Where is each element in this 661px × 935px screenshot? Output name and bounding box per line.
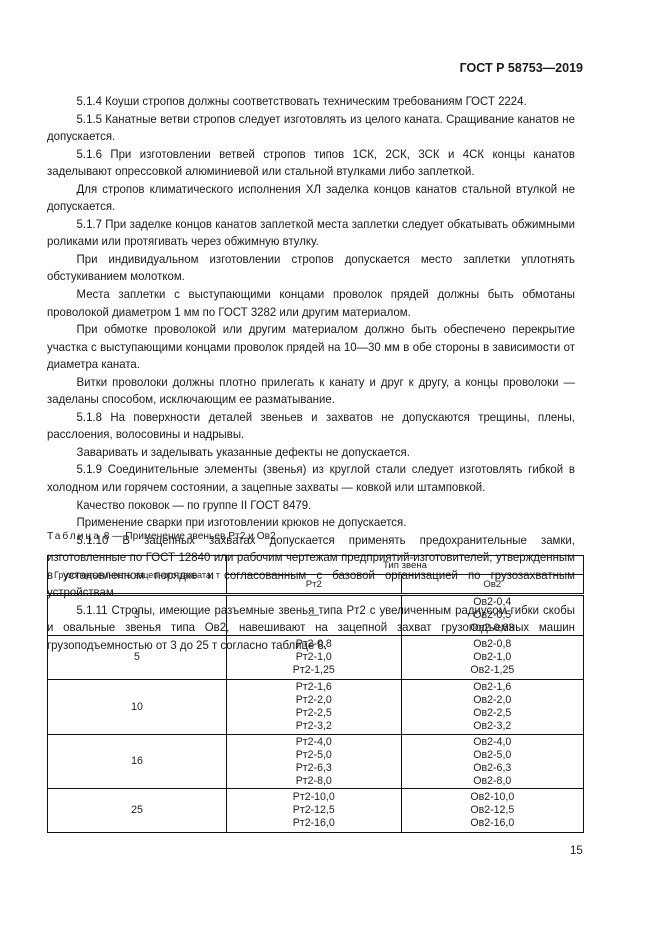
cell-capacity: 3	[48, 595, 227, 636]
link-designation: Рт2-4,0	[227, 736, 401, 749]
link-designation: Рт2-6,3	[227, 762, 401, 775]
header-rt2: Рт2	[227, 575, 402, 595]
paragraph: Для стропов климатического исполнения ХЛ…	[47, 181, 575, 216]
header-capacity: Грузоподъемность зацепного захвата, т	[48, 556, 227, 595]
paragraph: Места заплетки с выступающими концами пр…	[47, 286, 575, 321]
table-row: 25Рт2-10,0Рт2-12,5Рт2-16,0Ов2-10,0Ов2-12…	[48, 789, 584, 833]
cell-ov2: Ов2-4,0Ов2-5,0Ов2-6,3Ов2-8,0	[401, 735, 583, 789]
link-designation: —	[227, 609, 401, 622]
link-designation: Рт2-2,0	[227, 694, 401, 707]
cell-rt2: Рт2-10,0Рт2-12,5Рт2-16,0	[227, 789, 402, 833]
paragraph: 5.1.9 Соединительные элементы (звенья) и…	[47, 461, 575, 496]
link-designation: Рт2-1,25	[227, 664, 401, 677]
link-designation: Рт2-12,5	[227, 804, 401, 817]
paragraph: 5.1.8 На поверхности деталей звеньев и з…	[47, 409, 575, 444]
paragraph: Качество поковок — по группе II ГОСТ 847…	[47, 497, 575, 515]
link-designation: Ов2-3,2	[402, 720, 583, 733]
header-link-type: Тип звена	[227, 556, 584, 575]
table-row: 5Рт2-0,8Рт2-1,0Рт2-1,25Ов2-0,8Ов2-1,0Ов2…	[48, 636, 584, 680]
paragraph: Применение сварки при изготовлении крюко…	[47, 514, 575, 532]
cell-ov2: Ов2-0,4Ов2-0,5Ов2-0,63	[401, 595, 583, 636]
paragraph: Заваривать и заделывать указанные дефект…	[47, 444, 575, 462]
link-designation: Ов2-2,5	[402, 707, 583, 720]
cell-rt2: —	[227, 595, 402, 636]
table-8: Грузоподъемность зацепного захвата, т Ти…	[47, 555, 584, 833]
table-caption: Таблица 8 — Применение звеньев Рт2 и Ов2	[47, 531, 276, 542]
paragraph: 5.1.4 Коуши стропов должны соответствова…	[47, 93, 575, 111]
header-ov2: Ов2	[401, 575, 583, 595]
cell-ov2: Ов2-10,0Ов2-12,5Ов2-16,0	[401, 789, 583, 833]
cell-ov2: Ов2-1,6Ов2-2,0Ов2-2,5Ов2-3,2	[401, 680, 583, 735]
cell-capacity: 10	[48, 680, 227, 735]
link-designation: Ов2-1,25	[402, 664, 583, 677]
link-designation: Рт2-5,0	[227, 749, 401, 762]
paragraph: При индивидуальном изготовлении стропов …	[47, 251, 575, 286]
link-designation: Ов2-1,0	[402, 651, 583, 664]
document-code-header: ГОСТ Р 58753—2019	[460, 61, 583, 75]
cell-capacity: 5	[48, 636, 227, 680]
cell-capacity: 16	[48, 735, 227, 789]
link-designation: Ов2-8,0	[402, 775, 583, 788]
link-designation: Рт2-8,0	[227, 775, 401, 788]
paragraph: 5.1.5 Канатные ветви стропов следует изг…	[47, 111, 575, 146]
link-designation: Ов2-4,0	[402, 736, 583, 749]
table-row: 3—Ов2-0,4Ов2-0,5Ов2-0,63	[48, 595, 584, 636]
link-designation: Ов2-16,0	[402, 817, 583, 830]
link-designation: Рт2-2,5	[227, 707, 401, 720]
link-designation: Рт2-1,0	[227, 651, 401, 664]
link-designation: Рт2-1,6	[227, 681, 401, 694]
link-designation: Ов2-12,5	[402, 804, 583, 817]
cell-rt2: Рт2-1,6Рт2-2,0Рт2-2,5Рт2-3,2	[227, 680, 402, 735]
table-row: 10Рт2-1,6Рт2-2,0Рт2-2,5Рт2-3,2Ов2-1,6Ов2…	[48, 680, 584, 735]
link-designation: Ов2-0,63	[402, 622, 583, 635]
cell-ov2: Ов2-0,8Ов2-1,0Ов2-1,25	[401, 636, 583, 680]
link-designation: Ов2-1,6	[402, 681, 583, 694]
page-number: 15	[570, 845, 583, 857]
table-row: 16Рт2-4,0Рт2-5,0Рт2-6,3Рт2-8,0Ов2-4,0Ов2…	[48, 735, 584, 789]
link-designation: Ов2-0,8	[402, 638, 583, 651]
link-designation: Ов2-10,0	[402, 791, 583, 804]
link-designation: Ов2-5,0	[402, 749, 583, 762]
link-designation: Ов2-6,3	[402, 762, 583, 775]
table-caption-text: 8 — Применение звеньев Рт2 и Ов2	[101, 531, 276, 542]
paragraph: 5.1.7 При заделке концов канатов заплетк…	[47, 216, 575, 251]
cell-capacity: 25	[48, 789, 227, 833]
cell-rt2: Рт2-4,0Рт2-5,0Рт2-6,3Рт2-8,0	[227, 735, 402, 789]
link-designation: Ов2-2,0	[402, 694, 583, 707]
link-designation: Рт2-3,2	[227, 720, 401, 733]
link-designation: Ов2-0,4	[402, 596, 583, 609]
link-designation: Рт2-0,8	[227, 638, 401, 651]
table-caption-label: Таблица	[47, 531, 101, 542]
cell-rt2: Рт2-0,8Рт2-1,0Рт2-1,25	[227, 636, 402, 680]
link-designation: Рт2-10,0	[227, 791, 401, 804]
paragraph: При обмотке проволокой или другим матери…	[47, 321, 575, 374]
link-designation: Ов2-0,5	[402, 609, 583, 622]
document-page: ГОСТ Р 58753—2019 5.1.4 Коуши стропов до…	[0, 0, 661, 935]
paragraph: 5.1.6 При изготовлении ветвей стропов ти…	[47, 146, 575, 181]
paragraph: Витки проволоки должны плотно прилегать …	[47, 374, 575, 409]
link-designation: Рт2-16,0	[227, 817, 401, 830]
